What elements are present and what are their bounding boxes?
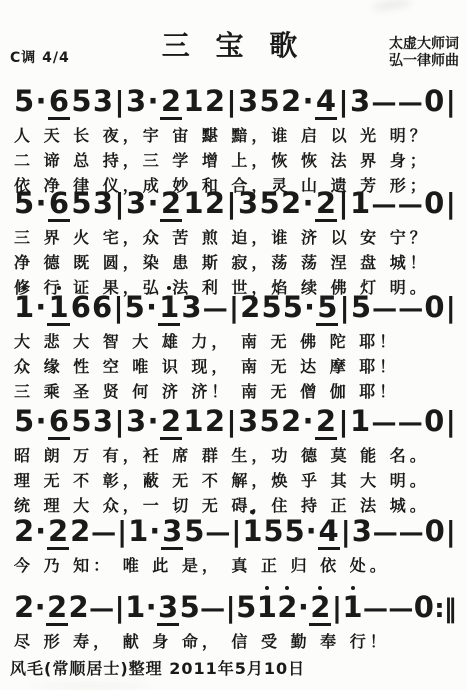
music-note: 2 <box>205 87 225 116</box>
barline: | <box>446 88 456 116</box>
extension-dash: — <box>203 296 228 321</box>
notation-line: 2·22—|1·35—|155·4|3——0| <box>14 508 456 550</box>
octave-dot <box>22 286 26 290</box>
notation-line: 5·653|3·212|352·2|1——0| <box>14 398 456 440</box>
barline: | <box>226 190 236 218</box>
duration-dot: · <box>148 189 159 218</box>
music-system-6: 2·22—|1·35—|512·2|1——0:‖尽 形 寿， 献 身 命， 信 … <box>14 584 456 654</box>
duration-dot: · <box>146 593 157 622</box>
extension-dash: — <box>371 90 396 115</box>
music-note: 5 <box>14 407 34 436</box>
barline: | <box>332 594 342 622</box>
lyrics-block: 大 悲 大 智 大 雄 力， 南 无 佛 陀 耶！众 缘 性 空 唯 识 现， … <box>14 329 456 404</box>
octave-dot <box>57 286 61 290</box>
music-note: 6 <box>48 87 70 120</box>
music-note: 5 <box>71 407 91 436</box>
duration-dot: · <box>36 407 47 436</box>
duration-dot: · <box>146 293 157 322</box>
music-note: 3 <box>350 87 370 116</box>
extension-dash: — <box>205 520 230 545</box>
music-note: 6 <box>71 293 91 322</box>
extension-dash: — <box>363 596 388 621</box>
duration-dot: · <box>303 189 314 218</box>
music-note: 3 <box>126 87 146 116</box>
extension-dash: — <box>371 410 396 435</box>
music-note: 3 <box>181 293 201 322</box>
music-system-3: 1·166|5·13—|255·5|5——0|大 悲 大 智 大 雄 力， 南 … <box>14 284 456 404</box>
extension-dash: — <box>371 192 396 217</box>
music-note: 2 <box>46 593 68 626</box>
music-note: 1 <box>342 593 362 622</box>
lyric-line: 今 乃 知： 唯 此 是， 真 正 归 依 处。 <box>14 553 456 578</box>
lyric-line: 理 无 不 彰，蔽 无 不 解，焕 乎 其 大 明。 <box>14 468 456 493</box>
duration-dot: · <box>303 87 314 116</box>
extension-dash: — <box>200 596 225 621</box>
music-note: 1 <box>350 189 370 218</box>
barline: | <box>446 294 456 322</box>
lyric-line: 人 天 长 夜，宇 宙 黮 黯，谁 启 以 光 明？ <box>14 123 456 148</box>
music-note: 5 <box>285 517 305 546</box>
barline: | <box>226 88 236 116</box>
barline: | <box>339 294 349 322</box>
music-note: 2 <box>160 189 182 222</box>
music-note: 2 <box>160 87 182 120</box>
music-note: 2 <box>315 407 337 440</box>
music-note: 1 <box>257 593 277 622</box>
music-note: 0 <box>424 293 444 322</box>
music-note: 2 <box>205 407 225 436</box>
music-note: 3 <box>93 189 113 218</box>
barline: | <box>114 594 124 622</box>
barline: | <box>117 518 127 546</box>
duration-dot: · <box>36 87 47 116</box>
lyrics-block: 今 乃 知： 唯 此 是， 真 正 归 依 处。 <box>14 553 456 578</box>
music-note: 2 <box>69 593 89 622</box>
notation-line: 5·653|3·212|352·4|3——0| <box>14 78 456 120</box>
barline: | <box>338 408 348 436</box>
music-note: 4 <box>315 87 337 120</box>
lyrics-block: 昭 朗 万 有，衽 席 群 生，功 德 莫 能 名。理 无 不 彰，蔽 无 不 … <box>14 443 456 518</box>
extension-dash: — <box>388 596 413 621</box>
music-note: 2 <box>70 517 90 546</box>
notation-line: 5·653|3·212|352·2|1——0| <box>14 180 456 222</box>
barline: | <box>229 294 239 322</box>
music-note: 5 <box>14 87 34 116</box>
music-note: 1 <box>350 407 370 436</box>
extension-dash: — <box>372 296 397 321</box>
extension-dash: — <box>398 410 423 435</box>
music-note: 3 <box>238 407 258 436</box>
music-note: 1 <box>14 293 34 322</box>
lyric-line: 众 缘 性 空 唯 识 现， 南 无 达 摩 耶！ <box>14 354 456 379</box>
duration-dot: · <box>298 593 309 622</box>
music-note: 3 <box>93 87 113 116</box>
duration-dot: · <box>306 517 317 546</box>
octave-dot <box>265 586 269 590</box>
music-system-2: 5·653|3·212|352·2|1——0|三 界 火 宅，众 苦 煎 迫，谁… <box>14 180 456 300</box>
duration-dot: · <box>35 293 46 322</box>
music-system-4: 5·653|3·212|352·2|1——0|昭 朗 万 有，衽 席 群 生，功… <box>14 398 456 518</box>
duration-dot: · <box>148 407 159 436</box>
music-note: 2 <box>14 593 34 622</box>
lyrics-block: 尽 形 寿， 献 身 命， 信 受 勤 奉 行！ <box>14 629 456 654</box>
extension-dash: — <box>398 90 423 115</box>
duration-dot: · <box>35 517 46 546</box>
music-note: 3 <box>157 593 179 626</box>
music-note: 5 <box>184 517 204 546</box>
music-note: 6 <box>48 407 70 440</box>
barline: | <box>446 408 456 436</box>
music-note: 1 <box>128 517 148 546</box>
music-note: 1 <box>158 293 180 326</box>
music-note: 2 <box>315 189 337 222</box>
music-note: 1 <box>125 593 145 622</box>
lyric-line: 净 德 既 圆，染 患 斯 寂，荡 荡 涅 盘 城！ <box>14 250 456 275</box>
key-time-signature: C调 4/4 <box>10 47 70 67</box>
footer-note: 风毛(常顺居士)整理 2011年5月10日 <box>10 656 305 679</box>
extension-dash: — <box>89 596 114 621</box>
music-note: 2 <box>160 407 182 440</box>
music-note: 5 <box>263 517 283 546</box>
music-note: 0 <box>424 407 444 436</box>
music-note: 5 <box>236 593 256 622</box>
extension-dash: — <box>399 520 424 545</box>
octave-dot <box>250 510 254 514</box>
barline: | <box>114 190 124 218</box>
music-note: 1 <box>242 517 262 546</box>
music-note: 2 <box>281 87 301 116</box>
music-system-5: 2·22—|1·35—|155·4|3——0|今 乃 知： 唯 此 是， 真 正… <box>14 508 456 578</box>
music-note: 3 <box>238 189 258 218</box>
music-note: 2 <box>309 593 331 626</box>
lyric-line: 三 界 火 宅，众 苦 煎 迫，谁 济 以 安 宁？ <box>14 225 456 250</box>
notation-line: 2·22—|1·35—|512·2|1——0:‖ <box>14 584 456 626</box>
duration-dot: · <box>36 189 47 218</box>
music-note: 1 <box>183 87 203 116</box>
duration-dot: · <box>35 593 46 622</box>
barline: | <box>113 294 123 322</box>
music-note: 2 <box>47 517 69 550</box>
music-note: 2 <box>281 407 301 436</box>
barline: | <box>338 190 348 218</box>
composer-credit: 弘一律师曲 <box>389 53 459 70</box>
music-note: 5 <box>180 593 200 622</box>
music-note: 3 <box>161 517 183 550</box>
music-note: 3 <box>352 517 372 546</box>
music-note: 5 <box>259 407 279 436</box>
lyric-line: 二 谛 总 持，三 学 增 上，恢 恢 法 界 身； <box>14 148 456 173</box>
end-repeat-barline: :‖ <box>434 596 455 622</box>
barline: | <box>226 594 236 622</box>
octave-dot <box>285 586 289 590</box>
music-note: 5 <box>14 189 34 218</box>
barline: | <box>446 190 456 218</box>
lyric-line: 大 悲 大 智 大 雄 力， 南 无 佛 陀 耶！ <box>14 329 456 354</box>
octave-dot <box>351 586 355 590</box>
scan-artifact <box>372 0 412 11</box>
music-note: 5 <box>351 293 371 322</box>
credits: 太虚大师词 弘一律师曲 <box>389 36 459 70</box>
music-note: 1 <box>183 189 203 218</box>
barline: | <box>226 408 236 436</box>
notation-line: 1·166|5·13—|255·5|5——0| <box>14 284 456 326</box>
music-note: 5 <box>261 293 281 322</box>
music-note: 5 <box>316 293 338 326</box>
music-note: 5 <box>259 189 279 218</box>
music-note: 4 <box>318 517 340 550</box>
music-note: 6 <box>92 293 112 322</box>
barline: | <box>341 518 351 546</box>
octave-dot <box>318 586 322 590</box>
extension-dash: — <box>398 192 423 217</box>
duration-dot: · <box>304 293 315 322</box>
music-note: 2 <box>14 517 34 546</box>
music-note: 6 <box>48 189 70 222</box>
duration-dot: · <box>148 87 159 116</box>
duration-dot: · <box>303 407 314 436</box>
lyric-line: 尽 形 寿， 献 身 命， 信 受 勤 奉 行！ <box>14 629 456 654</box>
barline: | <box>114 408 124 436</box>
barline: | <box>446 518 456 546</box>
music-note: 3 <box>238 87 258 116</box>
lyric-line: 昭 朗 万 有，衽 席 群 生，功 德 莫 能 名。 <box>14 443 456 468</box>
extension-dash: — <box>373 520 398 545</box>
music-note: 1 <box>183 407 203 436</box>
barline: | <box>231 518 241 546</box>
score-page: 三 宝 歌 太虚大师词 弘一律师曲 C调 4/4 5·653|3·212|352… <box>0 0 467 690</box>
extension-dash: — <box>91 520 116 545</box>
music-note: 5 <box>71 87 91 116</box>
barline: | <box>338 88 348 116</box>
music-note: 3 <box>93 407 113 436</box>
music-note: 1 <box>47 293 69 326</box>
octave-dot <box>167 286 171 290</box>
music-note: 3 <box>126 189 146 218</box>
music-note: 2 <box>281 189 301 218</box>
extension-dash: — <box>398 296 423 321</box>
duration-dot: · <box>149 517 160 546</box>
scan-artifact <box>30 684 150 688</box>
music-note: 2 <box>240 293 260 322</box>
music-note: 5 <box>125 293 145 322</box>
music-note: 5 <box>71 189 91 218</box>
barline: | <box>114 88 124 116</box>
music-note: 0 <box>424 189 444 218</box>
music-note: 0 <box>425 517 445 546</box>
music-note: 2 <box>277 593 297 622</box>
music-note: 5 <box>283 293 303 322</box>
lyricist-credit: 太虚大师词 <box>389 36 459 53</box>
music-note: 5 <box>259 87 279 116</box>
music-note: 2 <box>205 189 225 218</box>
music-note: 0 <box>424 87 444 116</box>
music-note: 0 <box>414 593 434 622</box>
music-note: 3 <box>126 407 146 436</box>
